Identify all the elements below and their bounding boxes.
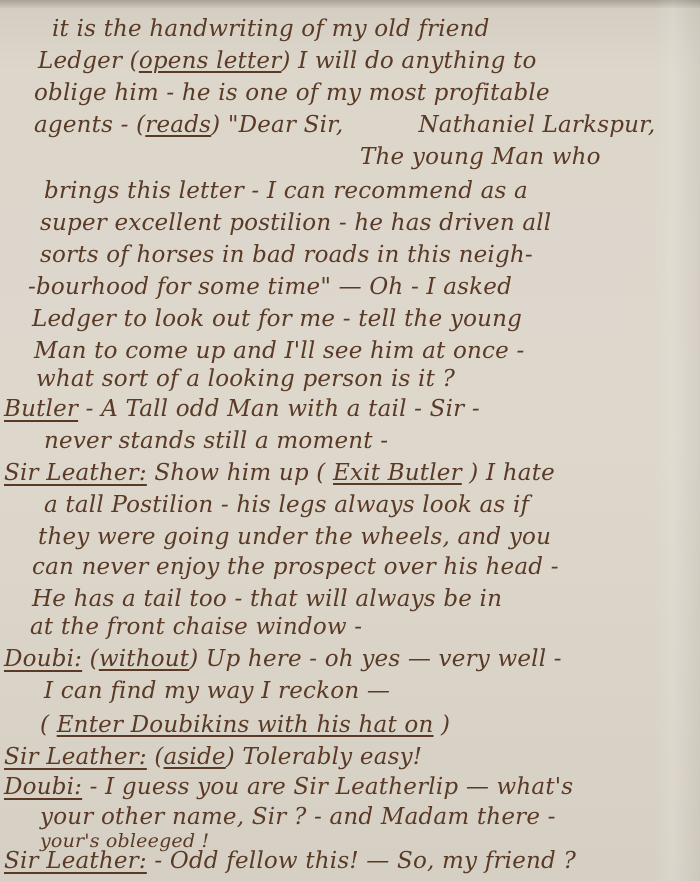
- line-text: Show him up (: [147, 460, 333, 486]
- stage-direction: without: [99, 646, 189, 672]
- manuscript-line-23: ( Enter Doubikins with his hat on ): [40, 710, 450, 740]
- manuscript-line-28: Sir Leather: - Odd fellow this! — So, my…: [4, 846, 576, 876]
- stage-direction: aside: [164, 744, 226, 770]
- line-text: (: [82, 646, 99, 672]
- manuscript-line-22: I can find my way I reckon —: [44, 676, 390, 706]
- manuscript-line-14: never stands still a moment -: [44, 426, 388, 456]
- manuscript-line-13: Butler - A Tall odd Man with a tail - Si…: [4, 394, 480, 424]
- manuscript-line-21: Doubi: (without) Up here - oh yes — very…: [4, 644, 562, 674]
- line-text: (: [40, 712, 57, 738]
- stage-direction: Enter Doubikins with his hat on: [57, 712, 434, 738]
- page-fold-shadow: [654, 0, 700, 881]
- line-text: Ledger (: [38, 48, 139, 74]
- manuscript-line-17: they were going under the wheels, and yo…: [38, 522, 551, 552]
- speaker-name: Sir Leather:: [4, 460, 147, 486]
- line-text: ) Up here - oh yes — very well -: [189, 646, 562, 672]
- manuscript-line-16: a tall Postilion - his legs always look …: [44, 490, 529, 520]
- speaker-name: Butler: [4, 396, 78, 422]
- manuscript-line-6: brings this letter - I can recommend as …: [44, 176, 528, 206]
- line-text: ) I will do anything to: [281, 48, 536, 74]
- manuscript-line-15: Sir Leather: Show him up ( Exit Butler )…: [4, 458, 555, 488]
- stage-direction: Exit Butler: [333, 460, 462, 486]
- line-text: ) I hate: [462, 460, 555, 486]
- manuscript-line-18: can never enjoy the prospect over his he…: [32, 552, 559, 582]
- manuscript-line-10: Ledger to look out for me - tell the you…: [32, 304, 522, 334]
- manuscript-line-12: what sort of a looking person is it ?: [36, 364, 455, 394]
- manuscript-line-11: Man to come up and I'll see him at once …: [34, 336, 524, 366]
- line-text: ): [433, 712, 450, 738]
- manuscript-line-24: Sir Leather: (aside) Tolerably easy!: [4, 742, 422, 772]
- line-text: agents - (: [34, 112, 145, 138]
- speaker-name: Sir Leather:: [4, 744, 147, 770]
- stage-direction: opens letter: [139, 48, 282, 74]
- line-text: - Odd fellow this! — So, my friend ?: [147, 848, 576, 874]
- line-text: ) "Dear Sir, Nathaniel Larkspur,: [211, 112, 655, 138]
- manuscript-line-2: Ledger (opens letter) I will do anything…: [38, 46, 537, 76]
- manuscript-line-8: sorts of horses in bad roads in this nei…: [40, 240, 533, 270]
- line-text: - I guess you are Sir Leatherlip — what'…: [82, 774, 573, 800]
- manuscript-line-4: agents - (reads) "Dear Sir, Nathaniel La…: [34, 110, 655, 140]
- stage-direction: reads: [145, 112, 211, 138]
- manuscript-page: it is the handwriting of my old friend L…: [0, 0, 700, 881]
- manuscript-line-5: The young Man who: [360, 142, 601, 172]
- manuscript-line-25: Doubi: - I guess you are Sir Leatherlip …: [4, 772, 573, 802]
- speaker-name: Sir Leather:: [4, 848, 147, 874]
- page-top-edge: [0, 0, 700, 8]
- line-text: - A Tall odd Man with a tail - Sir -: [78, 396, 480, 422]
- speaker-name: Doubi:: [4, 774, 82, 800]
- line-text: (: [147, 744, 164, 770]
- manuscript-line-1: it is the handwriting of my old friend: [52, 14, 490, 44]
- speaker-name: Doubi:: [4, 646, 82, 672]
- manuscript-line-19b: He has a tail too - that will always be …: [32, 584, 502, 614]
- manuscript-line-7: super excellent postilion - he has drive…: [40, 208, 551, 238]
- manuscript-line-20: at the front chaise window -: [30, 612, 362, 642]
- manuscript-line-3: oblige him - he is one of my most profit…: [34, 78, 550, 108]
- line-text: ) Tolerably easy!: [226, 744, 423, 770]
- manuscript-line-9: -bourhood for some time" — Oh - I asked: [28, 272, 512, 302]
